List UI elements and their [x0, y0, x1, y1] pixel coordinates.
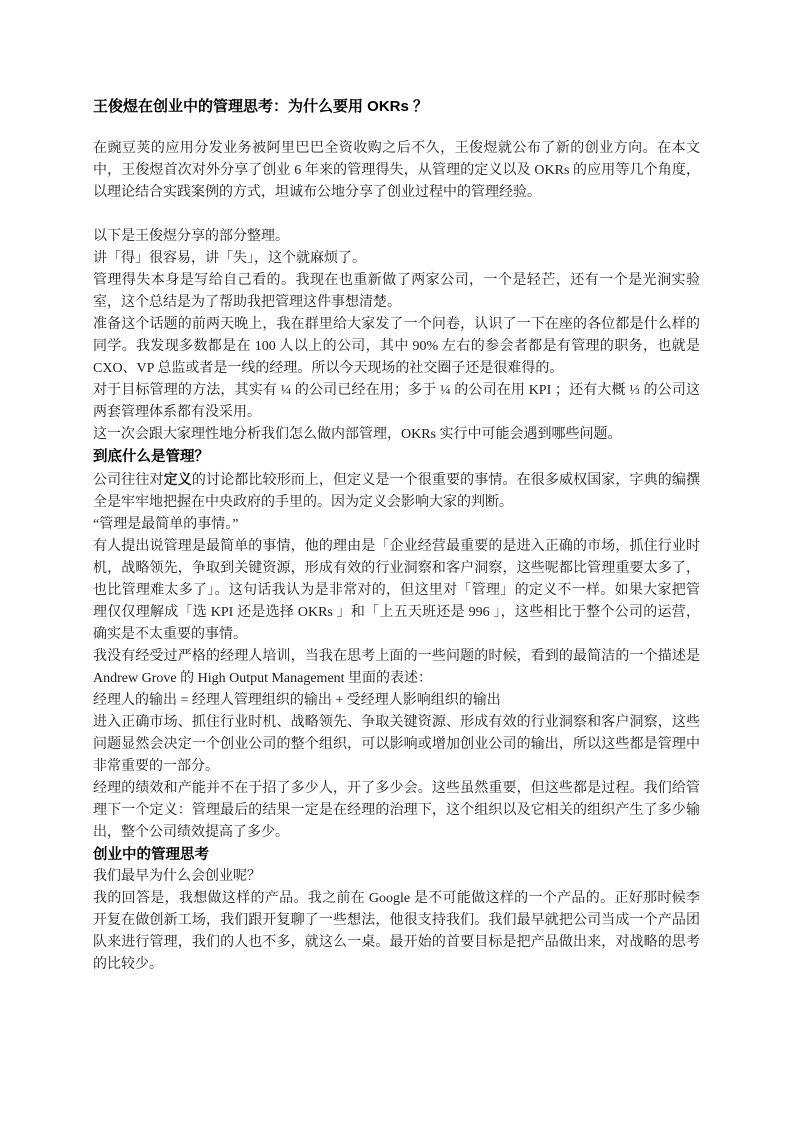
paragraph-share-note: 以下是王俊煜分享的部分整理。: [93, 226, 700, 248]
paragraph-gain-loss: 讲「得」很容易，讲「失」，这个就麻烦了。: [93, 248, 700, 270]
paragraph-manager-performance: 经理的绩效和产能并不在于招了多少人，开了多少会。这些虽然重要，但这些都是过程。我…: [93, 778, 700, 844]
document-content: 王俊煜在创业中的管理思考：为什么要用 OKRs ？ 在豌豆荚的应用分发业务被阿里…: [0, 0, 793, 976]
paragraph-okr-kpi-usage: 对于目标管理的方法，其实有 ¼ 的公司已经在用；多于 ¼ 的公司在用 KPI ；…: [93, 380, 700, 424]
section-heading-what-is-management: 到底什么是管理？: [93, 446, 700, 468]
definition-prefix: 公司往往对: [93, 473, 164, 488]
document-title: 王俊煜在创业中的管理思考：为什么要用 OKRs ？: [93, 96, 700, 118]
paragraph-analysis-intro: 这一次会跟大家理性地分析我们怎么做内部管理，OKRs 实行中可能会遇到哪些问题。: [93, 424, 700, 446]
section-heading-startup-management: 创业中的管理思考: [93, 844, 700, 866]
paragraph-manager-output-formula: 经理人的输出 = 经理人管理组织的输出 + 受经理人影响组织的输出: [93, 690, 700, 712]
paragraph-grove-reference: 我没有经受过严格的经理人培训，当我在思考上面的一些问题的时候，看到的最简洁的一个…: [93, 646, 700, 690]
paragraph-definition: 公司往往对定义的讨论都比较形而上，但定义是一个很重要的事情。在很多威权国家，字典…: [93, 468, 700, 514]
paragraph-why-startup-question: 我们最早为什么会创业呢？: [93, 866, 700, 888]
paragraph-why-startup-answer: 我的回答是，我想做这样的产品。我之前在 Google 是不可能做这样的一个产品的…: [93, 888, 700, 976]
intro-paragraph: 在豌豆荚的应用分发业务被阿里巴巴全资收购之后不久，王俊煜就公布了新的创业方向。在…: [93, 138, 700, 204]
paragraph-two-companies: 管理得失本身是写给自己看的。我现在也重新做了两家公司，一个是轻芒，还有一个是光涧…: [93, 270, 700, 314]
paragraph-market-factors: 进入正确市场、抓住行业时机、战略领先、争取关键资源、形成有效的行业洞察和客户洞察…: [93, 712, 700, 778]
paragraph-simplest-argument: 有人提出说管理是最简单的事情，他的理由是「企业经营最重要的是进入正确的市场，抓住…: [93, 536, 700, 646]
document-page: 王俊煜在创业中的管理思考：为什么要用 OKRs ？ 在豌豆荚的应用分发业务被阿里…: [0, 0, 793, 1122]
paragraph-survey: 准备这个话题的前两天晚上，我在群里给大家发了一个问卷，认识了一下在座的各位都是什…: [93, 314, 700, 380]
paragraph-quote-simplest: “管理是最简单的事情。”: [93, 514, 700, 536]
definition-bold-term: 定义: [164, 471, 192, 487]
